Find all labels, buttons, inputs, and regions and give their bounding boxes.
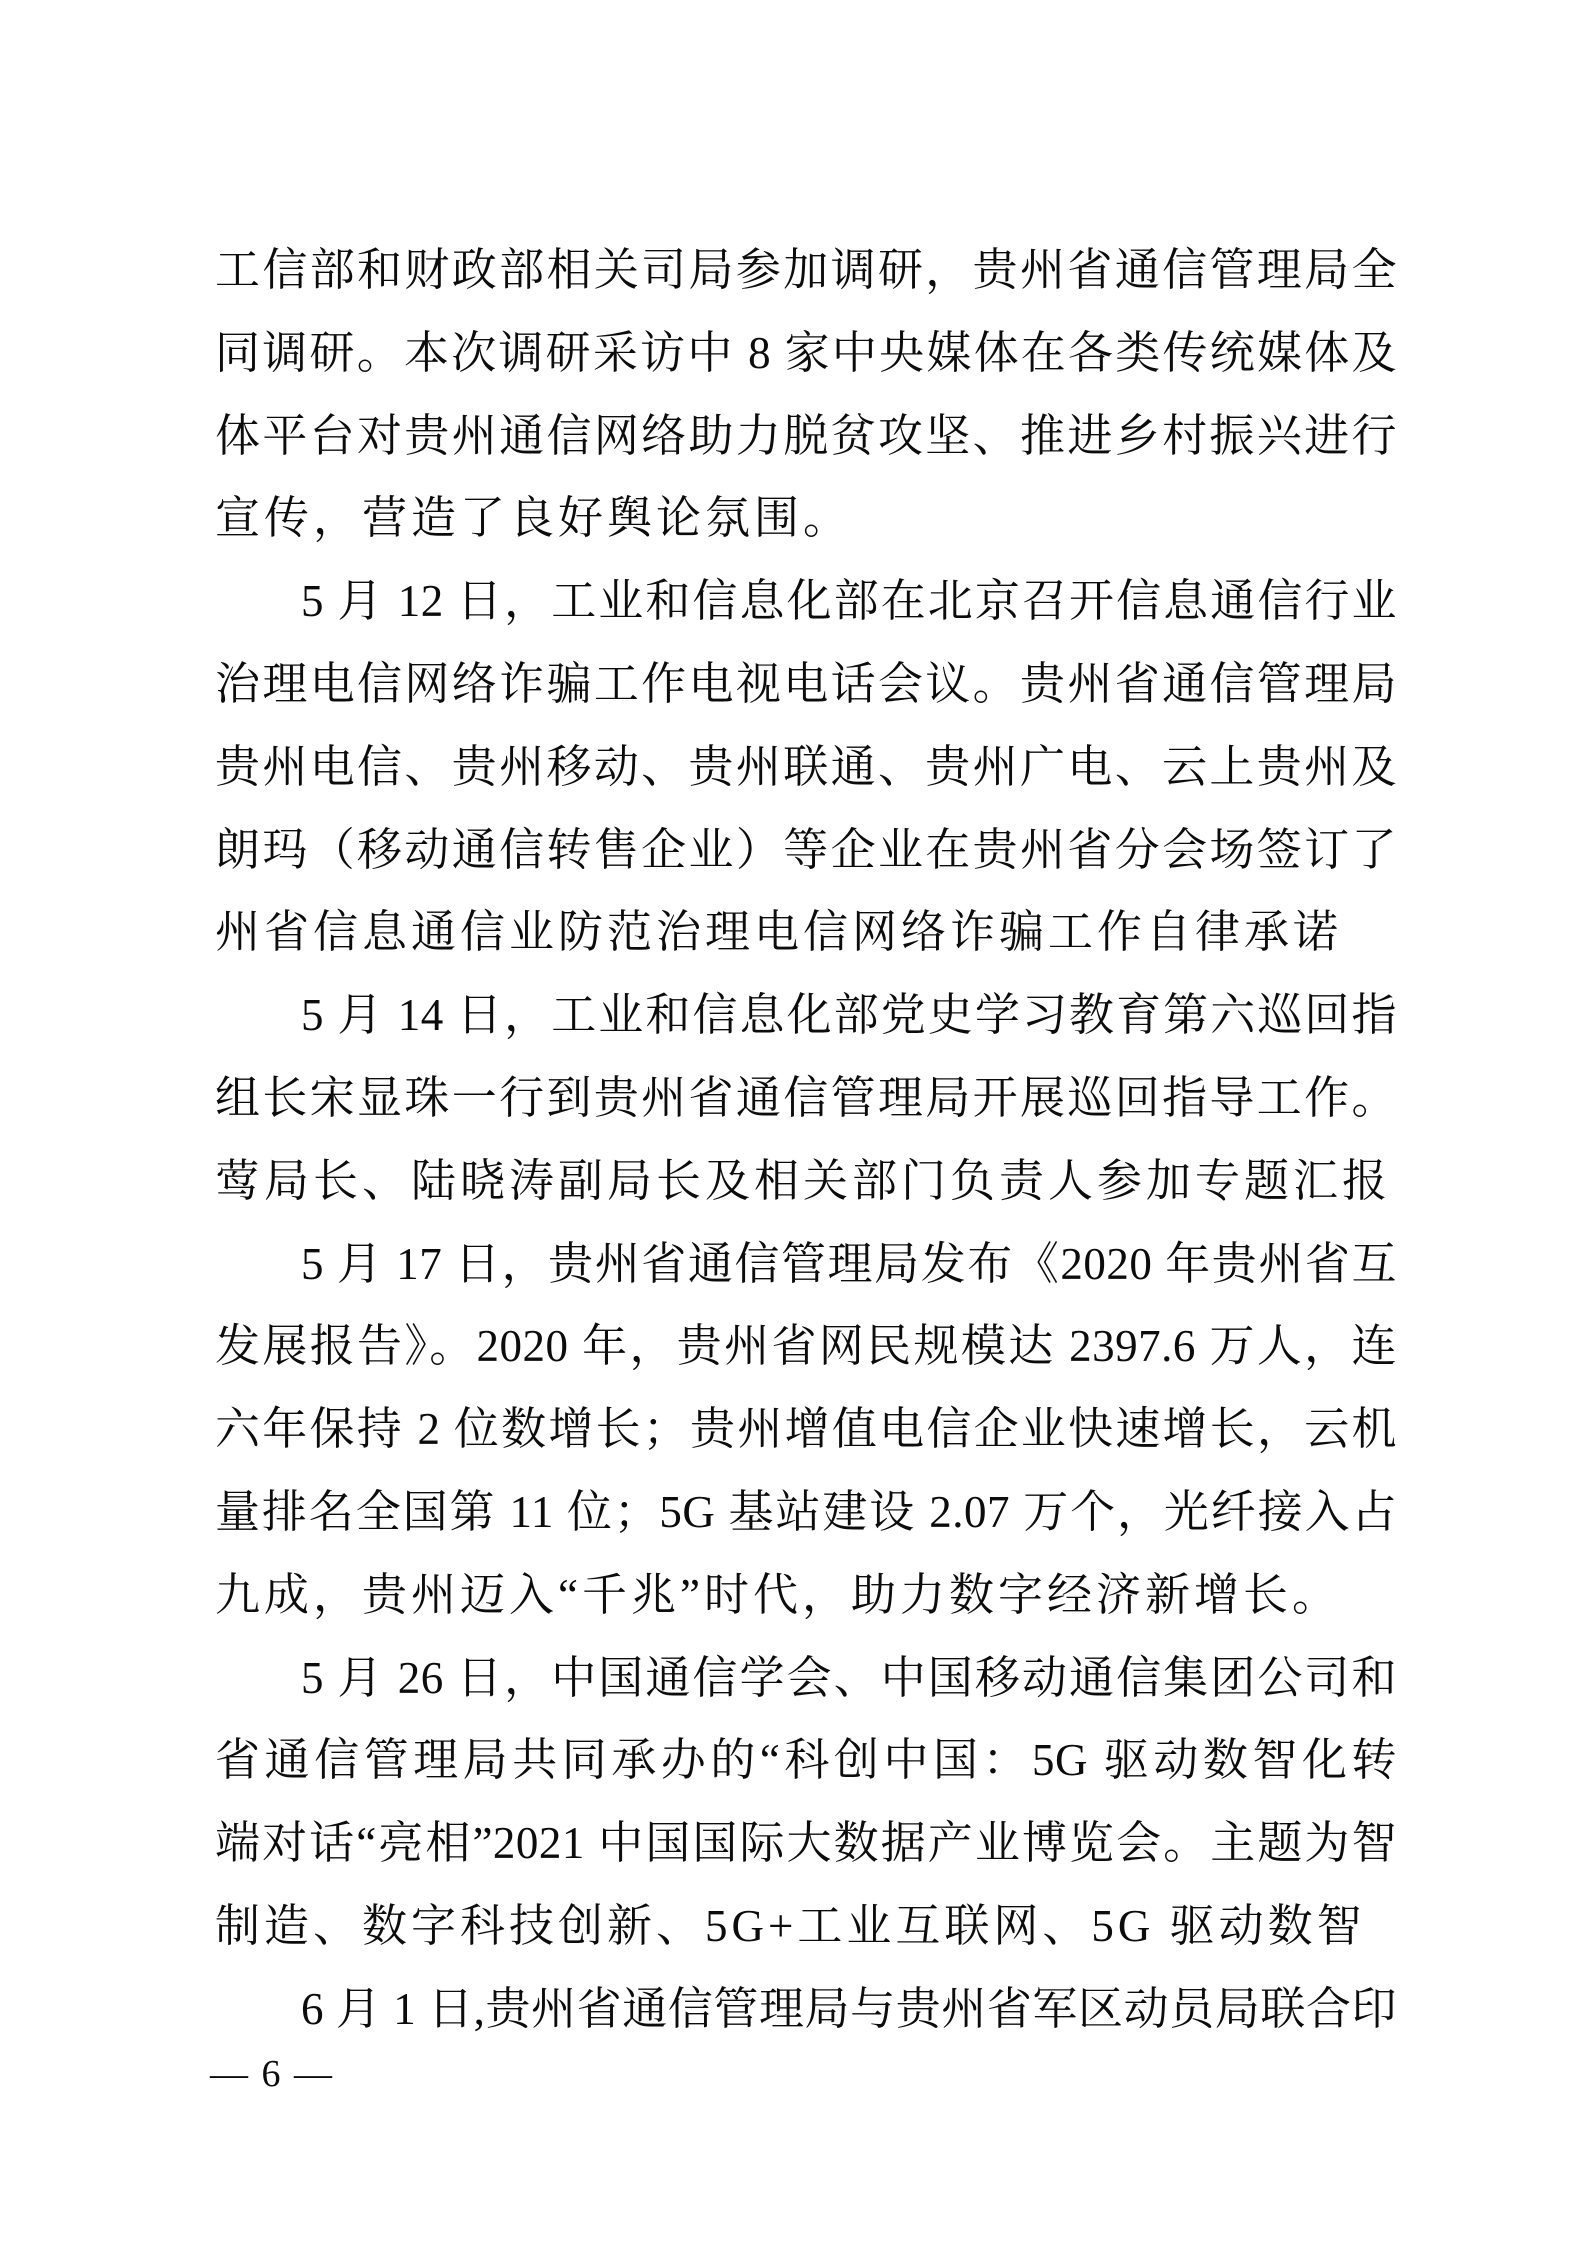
text-line: 制造、数字科技创新、5G+工业互联网、5G 驱动数智化转型等。 [215,1885,1397,1968]
text-line: 治理电信网络诈骗工作电视电话会议。贵州省通信管理局组织 [215,643,1397,726]
document-body: 工信部和财政部相关司局参加调研，贵州省通信管理局全程陪同调研。本次调研采访中 8… [215,229,1397,2051]
text-line: 朗玛（移动通信转售企业）等企业在贵州省分会场签订了《贵 [215,809,1397,892]
text-line: 州省信息通信业防范治理电信网络诈骗工作自律承诺书》。 [215,891,1397,974]
text-line: 同调研。本次调研采访中 8 家中央媒体在各类传统媒体及新媒 [215,312,1397,395]
text-line: 省通信管理局共同承办的“科创中国：5G 驱动数智化转型”高 [215,1719,1397,1802]
text-line: 5 月 12 日，工业和信息化部在北京召开信息通信行业防范 [215,560,1397,643]
text-line: 发展报告》。2020 年，贵州省网民规模达 2397.6 万人，连续 [215,1305,1397,1388]
text-line: 体平台对贵州通信网络助力脱贫攻坚、推进乡村振兴进行广泛 [215,395,1397,478]
text-line: 六年保持 2 位数增长；贵州增值电信企业快速增长，云机房数 [215,1388,1397,1471]
text-line: 莺局长、陆晓涛副局长及相关部门负责人参加专题汇报会。 [215,1140,1397,1223]
document-page: 工信部和财政部相关司局参加调研，贵州省通信管理局全程陪同调研。本次调研采访中 8… [0,0,1587,2245]
text-line: 5 月 14 日，工业和信息化部党史学习教育第六巡回指导组 [215,974,1397,1057]
text-line: 5 月 17 日，贵州省通信管理局发布《2020 年贵州省互联网 [215,1223,1397,1306]
text-line: 工信部和财政部相关司局参加调研，贵州省通信管理局全程陪 [215,229,1397,312]
text-line: 九成，贵州迈入“千兆”时代，助力数字经济新增长。 [215,1554,1397,1637]
text-line: 5 月 26 日，中国通信学会、中国移动通信集团公司和贵州 [215,1637,1397,1720]
text-line: 贵州电信、贵州移动、贵州联通、贵州广电、云上贵州及贵阳 [215,726,1397,809]
text-line: 量排名全国第 11 位；5G 基站建设 2.07 万个，光纤接入占比超 [215,1471,1397,1554]
text-line: 组长宋显珠一行到贵州省通信管理局开展巡回指导工作。尚凯 [215,1057,1397,1140]
text-line: 端对话“亮相”2021 中国国际大数据产业博览会。主题为智能 [215,1802,1397,1885]
page-number: — 6 — [210,2052,334,2096]
text-line: 宣传，营造了良好舆论氛围。 [215,477,1397,560]
text-line: 6 月 1 日,贵州省通信管理局与贵州省军区动员局联合印发 [215,1968,1397,2051]
